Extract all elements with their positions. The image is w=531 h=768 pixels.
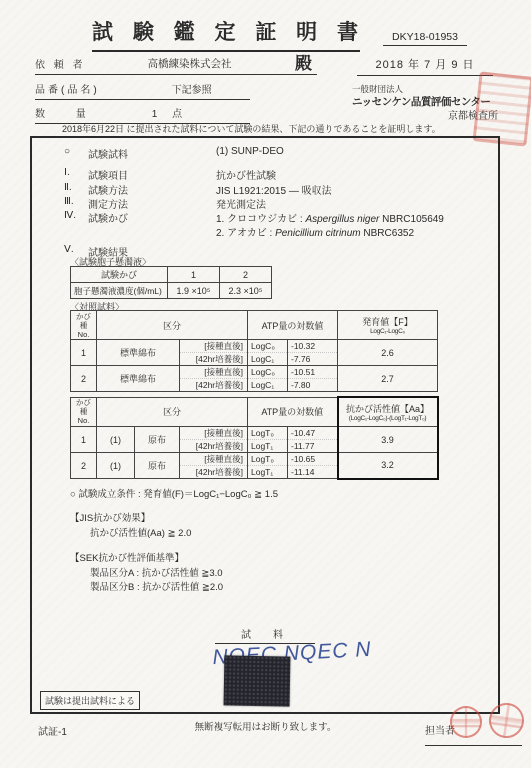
- client-row: 依 頼 者 高橋練染株式会社: [35, 56, 317, 75]
- cell-sample-id: (1): [97, 453, 135, 479]
- cell-log1-name: LogC₁: [248, 379, 288, 392]
- quantity-value: 1 点: [152, 105, 188, 120]
- roman-3: Ⅲ.: [64, 196, 88, 211]
- cell-log0-val: -10.65: [288, 453, 338, 466]
- cell-log1-val: -11.77: [288, 440, 338, 453]
- cell-log1-name: LogT₁: [248, 466, 288, 479]
- cell-t1: [42hr培養後]: [180, 440, 248, 453]
- cell-sample-id: (1): [97, 427, 135, 453]
- spore-val-2: 2.3 ×10⁵: [220, 283, 272, 299]
- cell-log0-name: LogC₀: [248, 366, 288, 379]
- document-number: DKY18-01953: [383, 31, 467, 46]
- client-name: 高橋練染株式会社: [148, 56, 232, 71]
- test-method-row: Ⅱ. 試験方法 JIS L1921:2015 ― 吸収法: [64, 182, 332, 197]
- test-fungus-row: Ⅳ. 試験かび 1. クロコウジカビ : Aspergillus niger N…: [64, 210, 444, 225]
- cell-t0: [接種直後]: [180, 340, 248, 353]
- cell-growth-value: 2.6: [338, 340, 438, 366]
- spacer: [64, 224, 88, 239]
- header-atp: ATP量の対数値: [248, 397, 338, 427]
- cell-no: 1: [71, 427, 97, 453]
- test-method-label: 試験方法: [88, 182, 216, 197]
- test-sample-table: かび種No. 区分 ATP量の対数値 抗かび活性値【Aa】(LogC₁-LogC…: [70, 396, 439, 480]
- org-type: 一般財団法人: [352, 84, 498, 95]
- cell-t1: [42hr培養後]: [180, 353, 248, 366]
- table-header-row: かび種No. 区分 ATP量の対数値 抗かび活性値【Aa】(LogC₁-LogC…: [71, 397, 438, 427]
- cell-log0-val: -10.51: [288, 366, 338, 379]
- table-row: 2 標準綿布 [接種直後] LogC₀ -10.51 2.7: [71, 366, 438, 379]
- issue-date: 2018 年 7 月 9 日: [357, 56, 493, 76]
- table-row: 1 標準綿布 [接種直後] LogC₀ -10.32 2.6: [71, 340, 438, 353]
- fungus-2: 2. アオカビ : Penicillium citrinum NBRC6352: [216, 224, 414, 239]
- table-row: 胞子懸濁液濃度(個/mL) 1.9 ×10⁵ 2.3 ×10⁵: [71, 283, 272, 299]
- certificate-page: 試 験 鑑 定 証 明 書 DKY18-01953 依 頼 者 高橋練染株式会社…: [0, 0, 531, 768]
- cell-growth-value: 2.7: [338, 366, 438, 392]
- spore-row-label: 胞子懸濁液濃度(個/mL): [71, 283, 168, 299]
- sample-note-box: 試験は提出試料による: [40, 691, 140, 710]
- test-fungus-row-2: 2. アオカビ : Penicillium citrinum NBRC6352: [64, 224, 414, 239]
- cell-activity-value: 3.2: [338, 453, 438, 479]
- validity-condition: ○ 試験成立条件 : 発育値(F)＝LogC₁−LogC₀ ≧ 1.5: [70, 486, 278, 500]
- measure-method-value: 発光測定法: [216, 196, 266, 211]
- results-box: ○ 試験試料 (1) SUNP-DEO Ⅰ. 試験項目 抗かび性試験 Ⅱ. 試験…: [30, 136, 500, 714]
- jis-line: 抗かび活性値(Aa) ≧ 2.0: [90, 525, 191, 539]
- test-item-label: 試験項目: [88, 167, 216, 182]
- header-fungus-no: かび種No.: [71, 397, 97, 427]
- item-label: 品番(品名): [35, 81, 100, 96]
- jis-title: 【JIS抗かび効果】: [70, 510, 150, 524]
- hanko-stamp-icon: [450, 706, 482, 738]
- control-sample-table: かび種No. 区分 ATP量の対数値 発育値【F】LogC₁-LogC₀ 1 標…: [70, 310, 438, 392]
- test-sample-label: 試験試料: [88, 146, 216, 161]
- table-row: 2 (1) 原布 [接種直後] LogT₀ -10.65 3.2: [71, 453, 438, 466]
- test-method-value: JIS L1921:2015 ― 吸収法: [216, 182, 332, 197]
- header-fungus-no: かび種No.: [71, 311, 97, 340]
- sek-line-a: 製品区分A : 抗かび活性値 ≧3.0: [90, 565, 223, 579]
- test-fungus-label: 試験かび: [88, 210, 216, 225]
- cell-t1: [42hr培養後]: [180, 379, 248, 392]
- fungus-1: 1. クロコウジカビ : Aspergillus niger NBRC10564…: [216, 210, 444, 225]
- cell-t0: [接種直後]: [180, 427, 248, 440]
- fungus-2-species: Penicillium citrinum: [275, 228, 361, 239]
- cell-log1-name: LogC₁: [248, 353, 288, 366]
- cell-name: 標準綿布: [97, 366, 180, 392]
- item-row: 品番(品名) 下記参照: [35, 81, 250, 100]
- certification-statement: 2018年6月22日 に提出された試料について試験の結果、下記の通りであることを…: [62, 122, 492, 135]
- honorific-dono: 殿: [295, 49, 312, 74]
- roman-4: Ⅳ.: [64, 210, 88, 225]
- header-antifungal-value: 抗かび活性値【Aa】(LogC₁-LogC₀)-(LogT₁-LogT₀): [338, 397, 438, 427]
- cell-no: 2: [71, 366, 97, 392]
- spacer: [88, 224, 216, 239]
- cell-name: 標準綿布: [97, 340, 180, 366]
- cell-activity-value: 3.9: [338, 427, 438, 453]
- test-item-value: 抗かび性試験: [216, 167, 276, 182]
- table-header-row: かび種No. 区分 ATP量の対数値 発育値【F】LogC₁-LogC₀: [71, 311, 438, 340]
- client-label: 依 頼 者: [35, 56, 86, 71]
- cell-no: 2: [71, 453, 97, 479]
- roman-1: Ⅰ.: [64, 167, 88, 182]
- bullet: ○: [64, 146, 88, 161]
- page-title: 試 験 鑑 定 証 明 書: [92, 16, 360, 52]
- header-growth-value: 発育値【F】LogC₁-LogC₀: [338, 311, 438, 340]
- cell-log0-val: -10.32: [288, 340, 338, 353]
- roman-2: Ⅱ.: [64, 182, 88, 197]
- sek-line-b: 製品区分B : 抗かび活性値 ≧2.0: [90, 579, 223, 593]
- fungus-2-name: 2. アオカビ :: [216, 228, 275, 239]
- spore-col-label: 試験かび: [71, 267, 168, 283]
- measure-method-label: 測定方法: [88, 196, 216, 211]
- quantity-label: 数 量: [35, 105, 100, 120]
- cell-log1-val: -7.80: [288, 379, 338, 392]
- cell-t0: [接種直後]: [180, 366, 248, 379]
- spore-suspension-table: 試験かび 1 2 胞子懸濁液濃度(個/mL) 1.9 ×10⁵ 2.3 ×10⁵: [70, 266, 272, 299]
- cell-name: 原布: [135, 427, 180, 453]
- spore-col-1: 1: [168, 267, 220, 283]
- header-category: 区分: [97, 311, 248, 340]
- cell-log0-name: LogT₀: [248, 453, 288, 466]
- cell-t0: [接種直後]: [180, 453, 248, 466]
- cell-log1-name: LogT₁: [248, 440, 288, 453]
- fungus-2-code: NBRC6352: [361, 228, 414, 239]
- fabric-swatch: [224, 655, 291, 706]
- cell-log1-val: -7.76: [288, 353, 338, 366]
- test-item-row: Ⅰ. 試験項目 抗かび性試験: [64, 167, 276, 182]
- sek-title: 【SEK抗かび性評価基準】: [70, 550, 184, 564]
- test-sample-row: ○ 試験試料 (1) SUNP-DEO: [64, 146, 284, 161]
- measure-method-row: Ⅲ. 測定方法 発光測定法: [64, 196, 266, 211]
- header-atp: ATP量の対数値: [248, 311, 338, 340]
- cell-log0-name: LogC₀: [248, 340, 288, 353]
- item-value: 下記参照: [172, 81, 212, 96]
- spore-col-2: 2: [220, 267, 272, 283]
- table-row: 1 (1) 原布 [接種直後] LogT₀ -10.47 3.9: [71, 427, 438, 440]
- cell-log1-val: -11.14: [288, 466, 338, 479]
- test-sample-value: (1) SUNP-DEO: [216, 146, 284, 161]
- cell-log0-name: LogT₀: [248, 427, 288, 440]
- cell-name: 原布: [135, 453, 180, 479]
- cell-t1: [42hr培養後]: [180, 466, 248, 479]
- table-row: 試験かび 1 2: [71, 267, 272, 283]
- header-category: 区分: [97, 397, 248, 427]
- spore-val-1: 1.9 ×10⁵: [168, 283, 220, 299]
- cell-log0-val: -10.47: [288, 427, 338, 440]
- cell-no: 1: [71, 340, 97, 366]
